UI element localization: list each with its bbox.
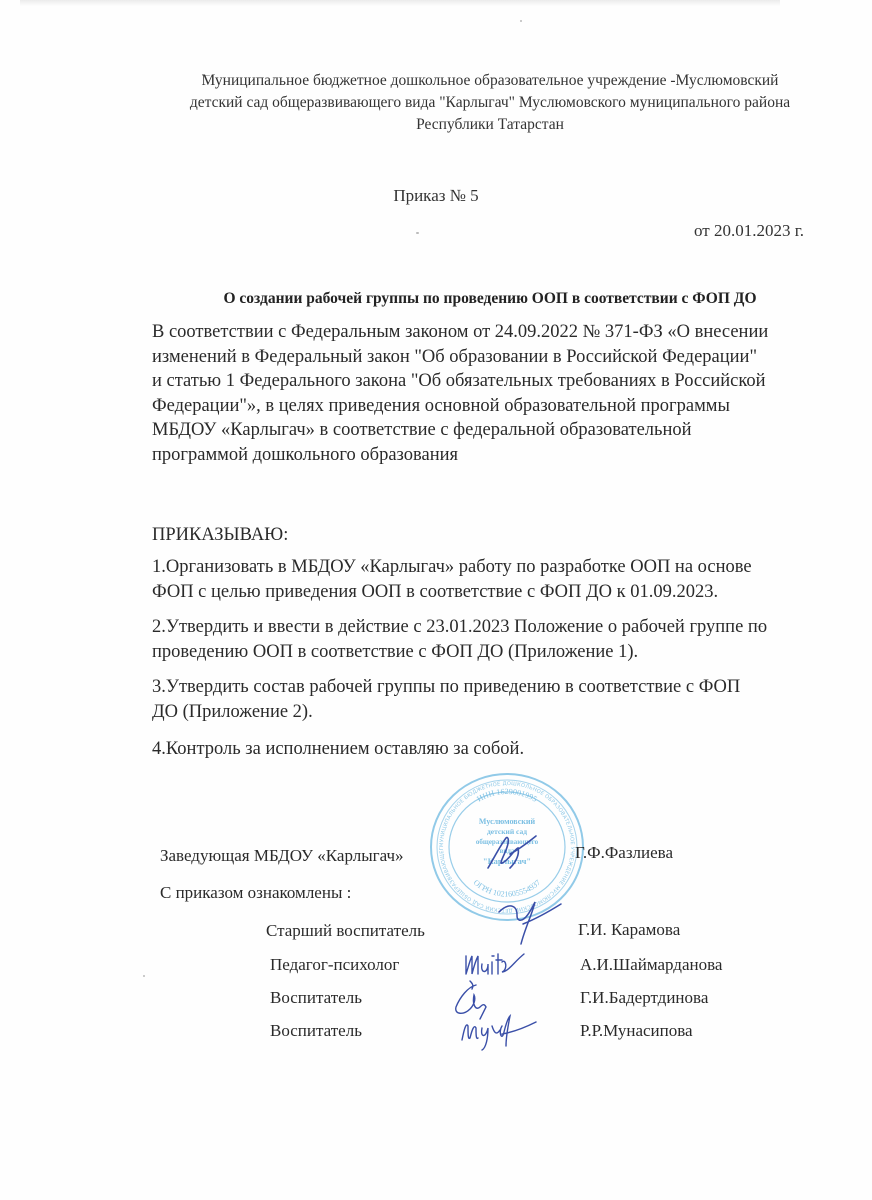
header-line: Муниципальное бюджетное дошкольное образ… — [140, 70, 840, 92]
signatory-name: Г.И. Карамова — [578, 920, 680, 940]
order-item-line: ФОП с целью приведения ООП в соответстви… — [152, 580, 852, 605]
preamble-line: изменений в Федеральный закон "Об образо… — [152, 345, 852, 370]
signatory-position: Старший воспитатель — [266, 921, 425, 941]
preamble-line: Федерации"», в целях приведения основной… — [152, 394, 852, 419]
order-item-line: проведению ООП в соответствие с ФОП ДО (… — [152, 640, 852, 665]
scan-speck — [416, 232, 419, 234]
header-line: Республики Татарстан — [140, 114, 840, 136]
document-subject: О создании рабочей группы по проведению … — [140, 290, 840, 308]
stamp-name-line: Муслюмовский — [479, 817, 536, 826]
order-date: от 20.01.2023 г. — [694, 221, 804, 241]
order-item-4: 4.Контроль за исполнением оставляю за со… — [152, 737, 852, 762]
order-number: Приказ № 5 — [0, 186, 872, 206]
scan-edge-shadow — [20, 0, 780, 6]
signatory-name: Г.И.Бадертдинова — [580, 988, 708, 1008]
scan-speck — [520, 20, 522, 22]
preamble-line: программой дошкольного образования — [152, 443, 852, 468]
document-page: Муниципальное бюджетное дошкольное образ… — [0, 0, 872, 1200]
order-item-line: 2.Утвердить и ввести в действие с 23.01.… — [152, 615, 852, 640]
order-item-2: 2.Утвердить и ввести в действие с 23.01.… — [152, 615, 852, 664]
signatory-position: Воспитатель — [270, 988, 362, 1008]
order-item-3: 3.Утвердить состав рабочей группы по при… — [152, 675, 852, 724]
scan-speck — [143, 975, 145, 977]
signatory-name: Р.Р.Мунасипова — [580, 1021, 693, 1041]
order-item-line: 3.Утвердить состав рабочей группы по при… — [152, 675, 852, 700]
signatory-signature — [495, 890, 565, 950]
institution-header: Муниципальное бюджетное дошкольное образ… — [140, 70, 840, 136]
order-item-1: 1.Организовать в МБДОУ «Карлыгач» работу… — [152, 555, 852, 604]
order-item-line: 1.Организовать в МБДОУ «Карлыгач» работу… — [152, 555, 852, 580]
signatory-position: Педагог-психолог — [270, 955, 399, 975]
director-position: Заведующая МБДОУ «Карлыгач» — [160, 846, 404, 866]
director-signature — [480, 828, 540, 878]
order-directive-heading: ПРИКАЗЫВАЮ: — [152, 525, 288, 546]
director-name: Г.Ф.Фазлиева — [575, 843, 673, 863]
preamble: В соответствии с Федеральным законом от … — [152, 320, 852, 467]
signatory-name: А.И.Шаймарданова — [580, 955, 722, 975]
preamble-line: В соответствии с Федеральным законом от … — [152, 320, 852, 345]
header-line: детский сад общеразвивающего вида "Карлы… — [140, 92, 840, 114]
acquainted-label: С приказом ознакомлены : — [160, 883, 351, 903]
preamble-line: МБДОУ «Карлыгач» в соответствие с федера… — [152, 418, 852, 443]
signatory-position: Воспитатель — [270, 1021, 362, 1041]
order-item-line: ДО (Приложение 2). — [152, 700, 852, 725]
order-item-line: 4.Контроль за исполнением оставляю за со… — [152, 737, 852, 762]
signatory-signature — [458, 1012, 538, 1054]
preamble-line: и статью 1 Федерального закона "Об обяза… — [152, 369, 852, 394]
